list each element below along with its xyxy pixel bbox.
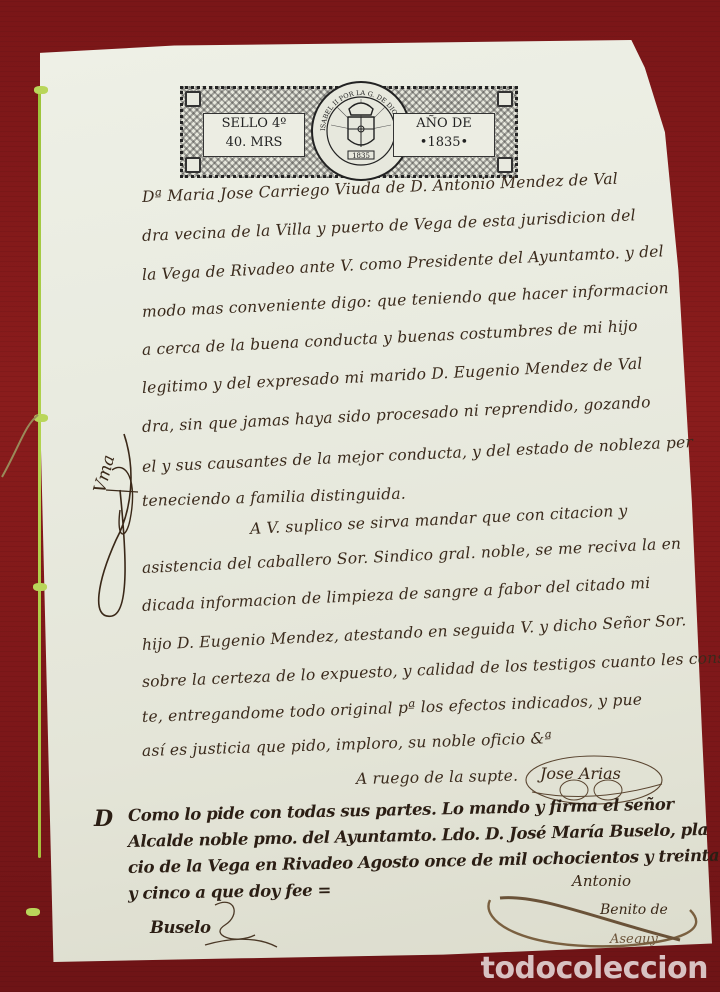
stamp-year-label: AÑO DE [394,114,494,133]
rubric-flourish [86,430,146,630]
decree-mark: D [94,806,113,832]
stamp-corner-ornament [497,157,513,173]
thread-knot [33,583,47,591]
body-line: A ruego de la supte. [356,767,519,788]
official-rubric [195,895,285,955]
stamp-year-value: •1835• [394,133,494,152]
tax-stamp: SELLO 4º 40. MRS 1835 ISABEL II POR LA G… [180,86,518,178]
stamp-year-box: AÑO DE •1835• [393,113,495,157]
stamp-class: SELLO 4º [204,114,304,133]
stamp-value-box: SELLO 4º 40. MRS [203,113,305,157]
clerk-flourish [480,880,720,960]
stamp-corner-ornament [497,91,513,107]
stamp-corner-ornament [185,91,201,107]
thread-knot [34,86,48,94]
loose-thread [0,405,40,485]
watermark: todocoleccion [481,951,708,986]
thread-knot [26,908,40,916]
stamp-corner-ornament [185,157,201,173]
stamp-price: 40. MRS [204,133,304,152]
svg-text:1835: 1835 [352,152,370,160]
